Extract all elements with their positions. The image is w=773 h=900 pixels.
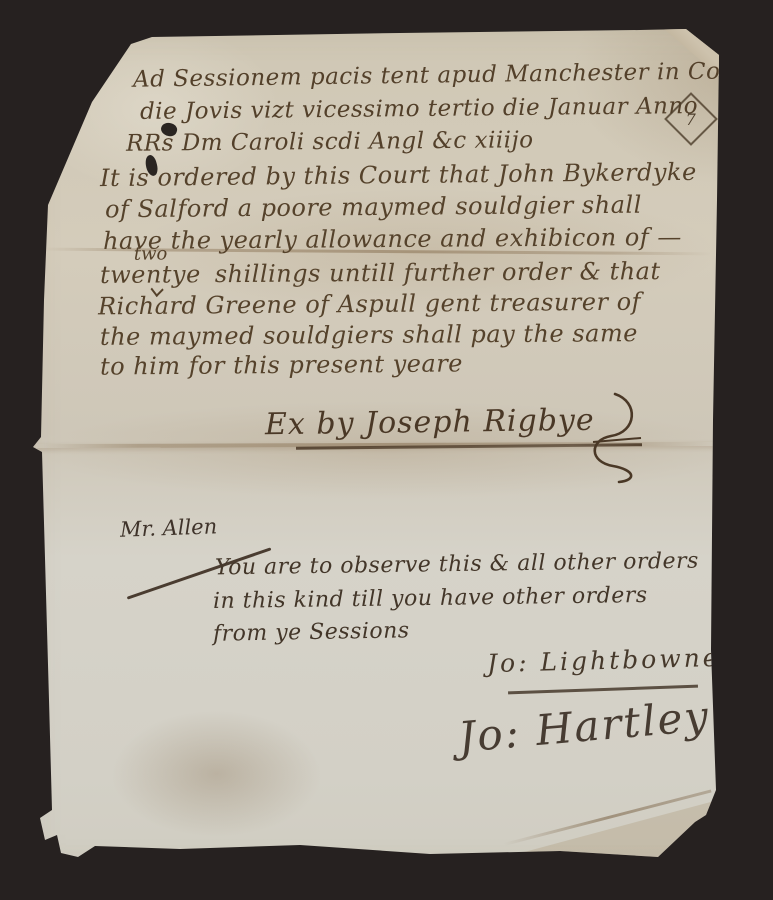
folded-corner-bottom-right <box>502 800 718 858</box>
signature-flourish-icon <box>583 390 645 486</box>
latin-heading-line: die Jovis vizt vicessimo tertio die Janu… <box>140 93 698 125</box>
memo-line: from ye Sessions <box>213 618 410 646</box>
order-line: of Salford a poore maymed souldgier shal… <box>105 191 642 224</box>
fold-crease-vertical <box>0 0 3 822</box>
order-line: twentye two shillings untill further ord… <box>100 257 661 289</box>
order-line: Richard Greene of Aspull gent treasurer … <box>98 288 641 321</box>
manuscript-page: Ad Sessionem pacis tent apud Manchester … <box>0 0 773 900</box>
amount-word: twentye two <box>100 260 201 289</box>
order-line: to him for this present yeare <box>100 349 463 380</box>
memo-line: in this kind till you have other orders <box>213 583 648 614</box>
memo-line: You are to observe this & all other orde… <box>215 549 699 581</box>
attestation-signature: Ex by Joseph Rigbye <box>265 403 595 443</box>
photo-background: Ad Sessionem pacis tent apud Manchester … <box>0 0 773 900</box>
memo-salutation: Mr. Allen <box>120 514 218 541</box>
signature-hartley: Jo: Hartley <box>456 691 712 762</box>
archival-mark-number: 7 <box>686 110 696 129</box>
order-line-rest: shillings untill further order & that <box>215 257 661 288</box>
signature-lightbowne: Jo: Lightbowne <box>487 643 721 678</box>
order-line: It is ordered by this Court that John By… <box>100 158 697 192</box>
latin-heading-line: RRs Dm Caroli scdi Angl &c xiiijo <box>126 127 534 157</box>
interlined-insertion: two <box>134 243 168 264</box>
signature-underline <box>508 685 698 694</box>
order-line: have the yearly allowance and exhibicon … <box>103 223 682 255</box>
latin-heading-line: Ad Sessionem pacis tent apud Manchester … <box>133 57 773 92</box>
order-line: the maymed souldgiers shall pay the same <box>100 319 638 351</box>
